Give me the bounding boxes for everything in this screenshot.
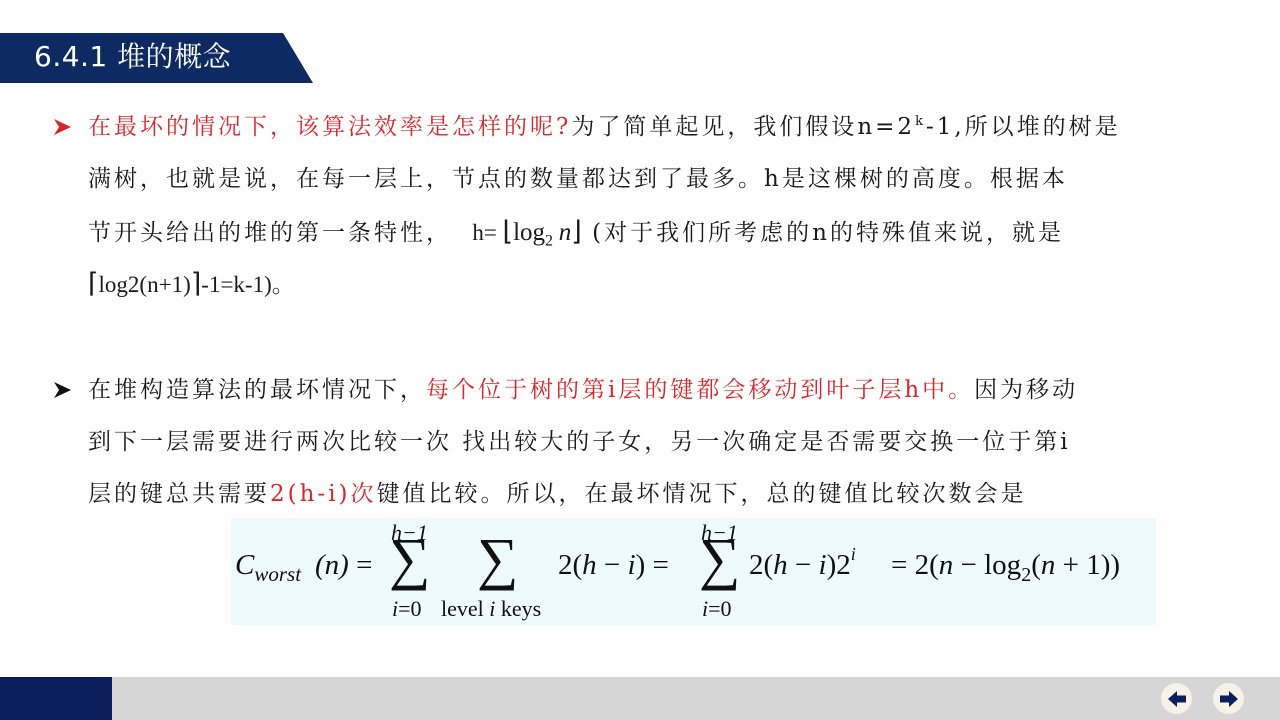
para2-line1-text-b: 因为移动 bbox=[974, 377, 1078, 403]
worst-case-formula: Cworst (n) = h−1 ∑ i=0 ∑ level i keys 2(… bbox=[231, 518, 1156, 625]
footer-accent-block bbox=[0, 677, 112, 720]
para2-line3-text-b: 键值比较。所以，在最坏情况下，总的键值比较次数会是 bbox=[377, 481, 1027, 507]
formula-term1: 2(h − i) = bbox=[558, 549, 669, 582]
footer-bar bbox=[0, 677, 1280, 720]
arrow-left-icon bbox=[1168, 691, 1186, 707]
para1-line1-text-b: -1,所以堆的树是 bbox=[926, 114, 1121, 140]
para1-line1: 在最坏的情况下，该算法效率是怎样的呢?为了简单起见，我们假设n=2k-1,所以堆… bbox=[88, 101, 1218, 153]
para1-line2: 满树，也就是说，在每一层上，节点的数量都达到了最多。h是这棵树的高度。根据本 bbox=[88, 153, 1218, 205]
formula-term3: = 2(n − log2(n + 1)) bbox=[891, 549, 1120, 587]
para1-line1-text-a: 为了简单起见，我们假设n=2 bbox=[571, 114, 915, 140]
sigma-icon: ∑ bbox=[389, 530, 430, 588]
var-n: n bbox=[559, 219, 572, 246]
para1-superscript-k: k bbox=[915, 114, 926, 129]
ceil-expression: log2(n+1) bbox=[99, 272, 191, 297]
formula-term2: 2(h − i)2i bbox=[749, 549, 856, 582]
para2-line3-text-a: 层的键总共需要 bbox=[88, 481, 270, 507]
paragraph-heap-construction: 在堆构造算法的最坏情况下，每个位于树的第i层的键都会移动到叶子层h中。因为移动 … bbox=[88, 364, 1218, 520]
arrow-bullet-icon bbox=[52, 380, 72, 400]
next-slide-button[interactable] bbox=[1213, 683, 1244, 714]
para1-red-question: 在最坏的情况下，该算法效率是怎样的呢? bbox=[88, 114, 571, 140]
para2-line2: 到下一层需要进行两次比较一次 找出较大的子女，另一次确定是否需要交换一位于第i bbox=[88, 416, 1218, 468]
slide-title: 6.4.1 堆的概念 bbox=[34, 37, 231, 77]
sigma-icon: ∑ bbox=[477, 530, 518, 588]
para2-line3: 层的键总共需要2(h-i)次键值比较。所以，在最坏情况下，总的键值比较次数会是 bbox=[88, 468, 1218, 520]
para2-line1: 在堆构造算法的最坏情况下，每个位于树的第i层的键都会移动到叶子层h中。因为移动 bbox=[88, 364, 1218, 416]
ceil-left: ⌈ bbox=[88, 268, 99, 298]
previous-slide-button[interactable] bbox=[1161, 683, 1192, 714]
para2-red-comparisons: 2(h-i)次 bbox=[270, 481, 377, 507]
para1-line3-text-a: 节开头给出的堆的第一条特性， bbox=[88, 220, 452, 246]
floor-right: ⌋ bbox=[571, 216, 582, 246]
formula-arg: (n) = bbox=[315, 549, 372, 582]
formula-h-equals: h= bbox=[472, 220, 496, 245]
ceil-right: ⌉ bbox=[191, 268, 202, 298]
arrow-right-icon bbox=[1220, 691, 1238, 707]
sum1-lower: i=0 bbox=[392, 596, 422, 622]
para1-line3: 节开头给出的堆的第一条特性， h= ⌊log2 n⌋ (对于我们所考虑的n的特殊… bbox=[88, 205, 1218, 257]
paragraph-worst-case-efficiency: 在最坏的情况下，该算法效率是怎样的呢?为了简单起见，我们假设n=2k-1,所以堆… bbox=[88, 101, 1218, 309]
height-formula: h= ⌊log2 n⌋ bbox=[472, 220, 582, 245]
para2-line1-text-a: 在堆构造算法的最坏情况下， bbox=[88, 377, 426, 403]
sum2-lower: level i keys bbox=[441, 596, 541, 622]
floor-left: ⌊ bbox=[503, 216, 514, 246]
sum3-lower: i=0 bbox=[702, 596, 732, 622]
para2-red-highlight: 每个位于树的第i层的键都会移动到叶子层h中。 bbox=[426, 377, 974, 403]
log-text: log bbox=[513, 219, 545, 246]
arrow-bullet-icon bbox=[52, 117, 72, 137]
formula-c: Cworst bbox=[235, 549, 301, 587]
para1-line4-text: -1=k-1)。 bbox=[201, 272, 294, 297]
sigma-icon: ∑ bbox=[699, 530, 740, 588]
para1-line3-text-b: (对于我们所考虑的n的特殊值来说，就是 bbox=[592, 220, 1064, 246]
log-base: 2 bbox=[545, 233, 553, 250]
para1-line4: ⌈log2(n+1)⌉-1=k-1)。 bbox=[88, 257, 1218, 309]
